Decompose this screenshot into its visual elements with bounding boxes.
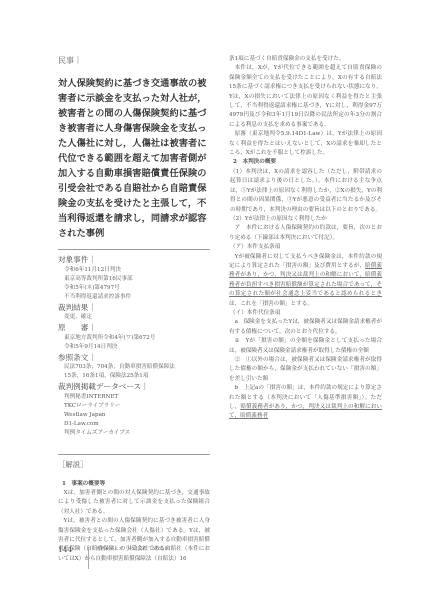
page-number: 144: [58, 545, 72, 554]
paragraph: 原審（東京地判令5.9.14D1-Law）は，Yが法律上の原因なく利益を得たとは…: [229, 130, 382, 158]
section-tag: 民事｜: [58, 55, 210, 66]
original-line: 令和5年9月14日判決: [58, 343, 210, 352]
paragraph: （1）本判決は，Xの請求を認容した（ただし，附帯請求の起算日は請求より後の日とし…: [229, 168, 382, 215]
case-line: 不当利得返還請求控訴事件: [58, 293, 210, 302]
result-line: 変更，確定: [58, 313, 210, 322]
paragraph: ① Yが「損害の額」の全額を保険金として支払った場合は，被保険者又は保険金請求権…: [229, 337, 382, 356]
database-item: 判例秘書INTERNET: [58, 393, 210, 402]
databases-label: 裁判例掲載データベース｜: [58, 381, 210, 393]
paragraph: 本件は，Xが，Yが代位できる範囲を超えて自賠責保険の保険金額全ての支払を受けたこ…: [229, 64, 382, 130]
paragraph: Xは，加害者側との間の対人保険契約に基づき，交通事故により受傷した被害者に対して…: [58, 489, 210, 517]
case-line: 東京高等裁判所第16民事部: [58, 275, 210, 284]
paragraph: b 上記aの「損害の額」は，本件約款の規定により算定された額とする（本判決におい…: [229, 384, 382, 422]
case-info: 対象事件｜ 令和6年11月12日判決 東京高等裁判所第16民事部 令和5年(ネ)…: [58, 254, 210, 438]
case-line: 令和5年(ネ)第4797号: [58, 284, 210, 293]
divider: [58, 249, 210, 250]
subheading: （イ）本件代位条項: [229, 309, 382, 318]
left-column: 民事｜ 対人保険契約に基づき交通事故の被害者に示談金を支払った対人社が，被害者と…: [58, 55, 210, 564]
case-label: 対象事件｜: [58, 254, 210, 266]
result-label: 裁判結果｜: [58, 302, 210, 314]
text: Yが被保険者に対して支払うべき保険金は，本件約款の規定により算定された「損害の額…: [229, 254, 382, 269]
commentary-title: ［解説］: [58, 459, 210, 470]
article-headline: 対人保険契約に基づき交通事故の被害者に示談金を支払った対人社が，被害者との間の人…: [58, 76, 210, 241]
case-line: 令和6年11月12日判決: [58, 266, 210, 275]
paragraph: ア 本件における人傷保険契約の約款は，要旨，次のとおり定める（下線部は本判決にお…: [229, 224, 382, 243]
subheading: （2）Yが法律上の原因なく利得したか: [229, 215, 382, 224]
section-heading: 2 本判決の概要: [229, 158, 382, 167]
paragraph: Yは，被害者との間の人傷保険契約に基づき被害者に人身傷害保険金を支払った保険会社…: [58, 517, 210, 564]
database-item: TKCローライブラリー: [58, 402, 210, 411]
paragraph: 条1項に基づく自賠責保険金の支払を受けた。: [229, 55, 382, 64]
divider: [58, 454, 210, 455]
journal-info: 判例タイムズ No.1535 2025.10: [96, 546, 170, 552]
underlined-text: 賠償義務者があり，かつ，判決又は裁判上の和解において，賠償義務者: [229, 404, 382, 419]
paragraph: ② ①以外の場合は，被保険者又は保険金請求権者が取得した債権の額から，保険金が支…: [229, 356, 382, 384]
database-item: Westlaw Japan: [58, 411, 210, 420]
right-column: 条1項に基づく自賠責保険金の支払を受けた。 本件は，Xが，Yが代位できる範囲を超…: [229, 55, 382, 422]
text: は，これを「損害の額」とする。: [229, 301, 313, 307]
database-item: D1-Law.com: [58, 420, 210, 429]
paragraph: Yが被保険者に対して支払うべき保険金は，本件約款の規定により算定された「損害の額…: [229, 253, 382, 309]
subheading: （ア）本件支払条項: [229, 243, 382, 252]
original-label: 原 審｜: [58, 322, 210, 334]
paragraph: a 保険金を支払ったYは，被保険者又は保険金請求権者が有する債権について，次のと…: [229, 318, 382, 337]
original-line: 東京地方裁判所令和4年(ワ)第672号: [58, 334, 210, 343]
section-heading: 1 事案の概要等: [58, 480, 210, 489]
statutes-line: 民法703条，704条，自動車損害賠償保障法: [58, 363, 210, 372]
statutes-label: 参照条文｜: [58, 352, 210, 364]
statutes-line: 15条，16条1項，保険法25条1項: [58, 372, 210, 381]
footer-divider: [88, 547, 89, 569]
database-item: 判例タイムズアーカイブス: [58, 429, 210, 438]
